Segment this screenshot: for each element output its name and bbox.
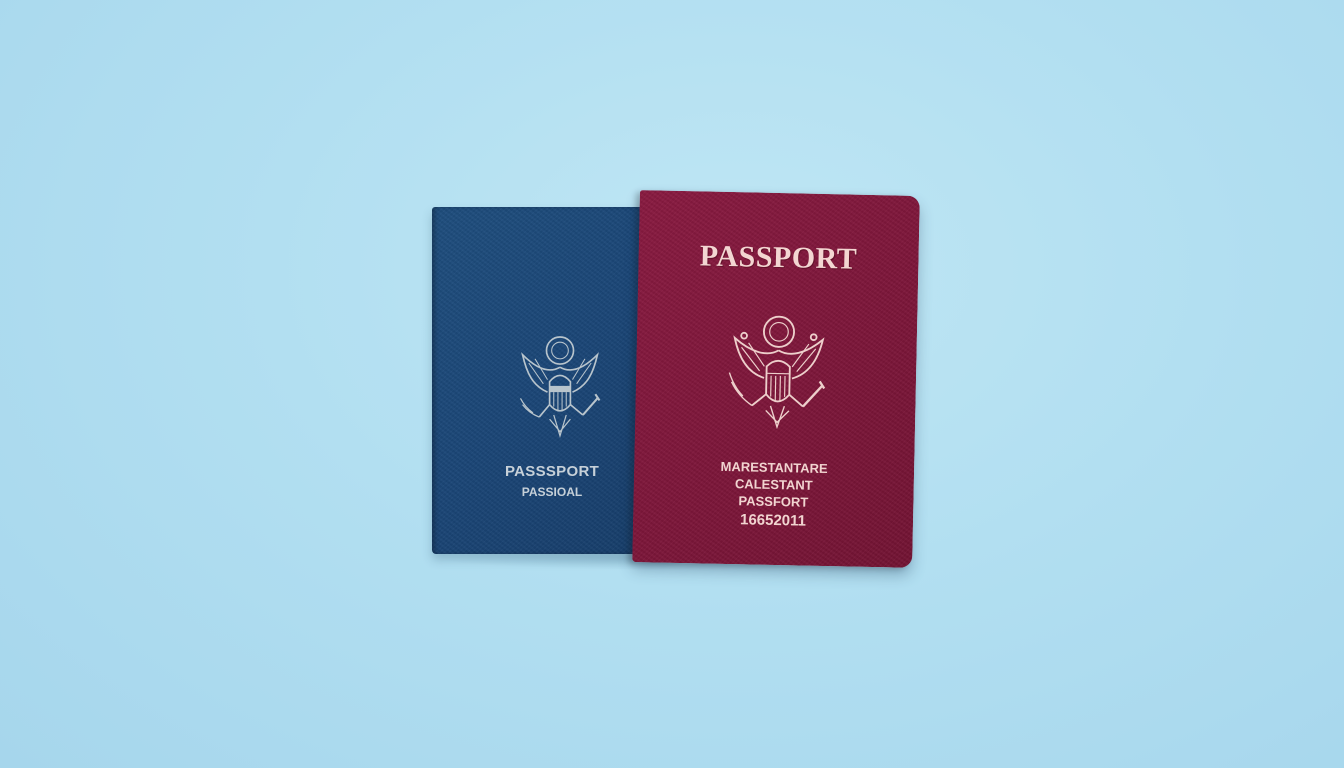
scene: PASSSPORT PASSIOAL PASSPORT MARESTANTARE… xyxy=(0,0,1344,768)
passport-text-block: MARESTANTARE CALESTANT PASSFORT 16652011 xyxy=(633,456,914,532)
passport-title: PASSPORT xyxy=(638,238,919,278)
eagle-seal-icon xyxy=(508,331,612,447)
passport-number: 16652011 xyxy=(633,509,913,532)
burgundy-passport: PASSPORT MARESTANTARE CALESTANT PASSFORT… xyxy=(632,190,920,568)
eagle-seal-icon xyxy=(719,310,838,444)
